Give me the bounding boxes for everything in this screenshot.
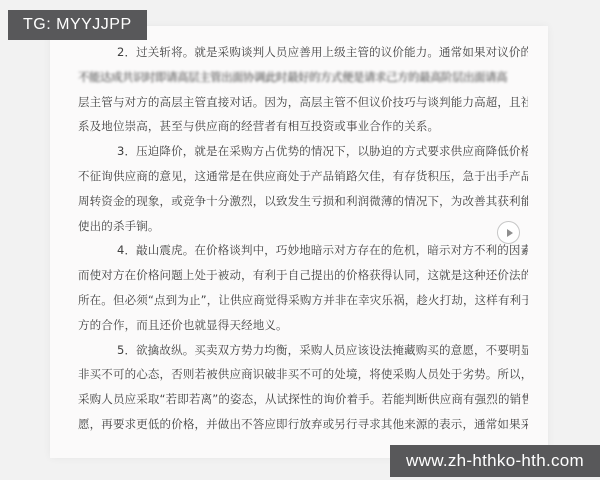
document-line: 而使对方在价格问题上处于被动，有利于自己提出的价格获得认同，这就是这种还价法的技… bbox=[78, 263, 528, 288]
document-line: 非买不可的心态，否则若被供应商识破非买不可的处境，将使采购人员处于劣势。所以，此… bbox=[78, 362, 528, 387]
screenshot-root: { "watermarks": { "telegram_badge": "TG:… bbox=[0, 0, 600, 480]
document-line: 所在。但必须“点到为止”，让供应商觉得采购方并非在幸灾乐祸，趁火打劫，这样有利于… bbox=[78, 288, 528, 313]
document-line: 使出的杀手锏。 bbox=[78, 214, 528, 239]
document-page: 2．过关斩将。就是采购谈判人员应善用上级主管的议价能力。通常如果对议价的结果不能… bbox=[50, 26, 548, 458]
website-watermark-badge: www.zh-hthko-hth.com bbox=[390, 445, 600, 477]
document-line: 层主管与对方的高层主管直接对话。因为，高层主管不但议价技巧与谈判能力高超，且社会… bbox=[78, 90, 528, 115]
telegram-watermark-badge: TG: MYYJJPP bbox=[8, 10, 147, 40]
play-arrow-icon bbox=[507, 229, 513, 237]
document-line: 5．欲擒故纵。买卖双方势力均衡，采购人员应该设法掩藏购买的意愿，不要明显表露 bbox=[78, 338, 528, 363]
document-line: 周转资金的现象，或竞争十分激烈，以致发生亏损和利润微薄的情况下，为改善其获利能力… bbox=[78, 189, 528, 214]
document-line: 3．压迫降价，就是在采购方占优势的情况下，以胁迫的方式要求供应商降低价格，并 bbox=[78, 139, 528, 164]
document-line: 愿，再要求更低的价格，并做出不答应即行放弃或另行寻求其他来源的表示，通常如果采购… bbox=[78, 412, 528, 437]
document-line: 2．过关斩将。就是采购谈判人员应善用上级主管的议价能力。通常如果对议价的结果 bbox=[78, 40, 528, 65]
document-line: 采购人员应采取“若即若离”的姿态，从试探性的询价着手。若能判断供应商有强烈的销售… bbox=[78, 387, 528, 412]
document-line: 不征询供应商的意见，这通常是在供应商处于产品销路欠佳，有存货积压，急于出手产品换… bbox=[78, 164, 528, 189]
document-lines: 2．过关斩将。就是采购谈判人员应善用上级主管的议价能力。通常如果对议价的结果不能… bbox=[78, 40, 528, 437]
document-line: 4．敲山震虎。在价格谈判中，巧妙地暗示对方存在的危机，暗示对方不利的因素，从 bbox=[78, 238, 528, 263]
document-line: 系及地位崇高，甚至与供应商的经营者有相互投资或事业合作的关系。 bbox=[78, 114, 528, 139]
document-line: 不能达成共识时即请高层主管出面协调此时最好的方式便是请求己方的最高阶层出面请高 bbox=[78, 65, 528, 90]
document-line: 方的合作，而且还价也就显得天经地义。 bbox=[78, 313, 528, 338]
next-page-button[interactable] bbox=[497, 221, 520, 244]
